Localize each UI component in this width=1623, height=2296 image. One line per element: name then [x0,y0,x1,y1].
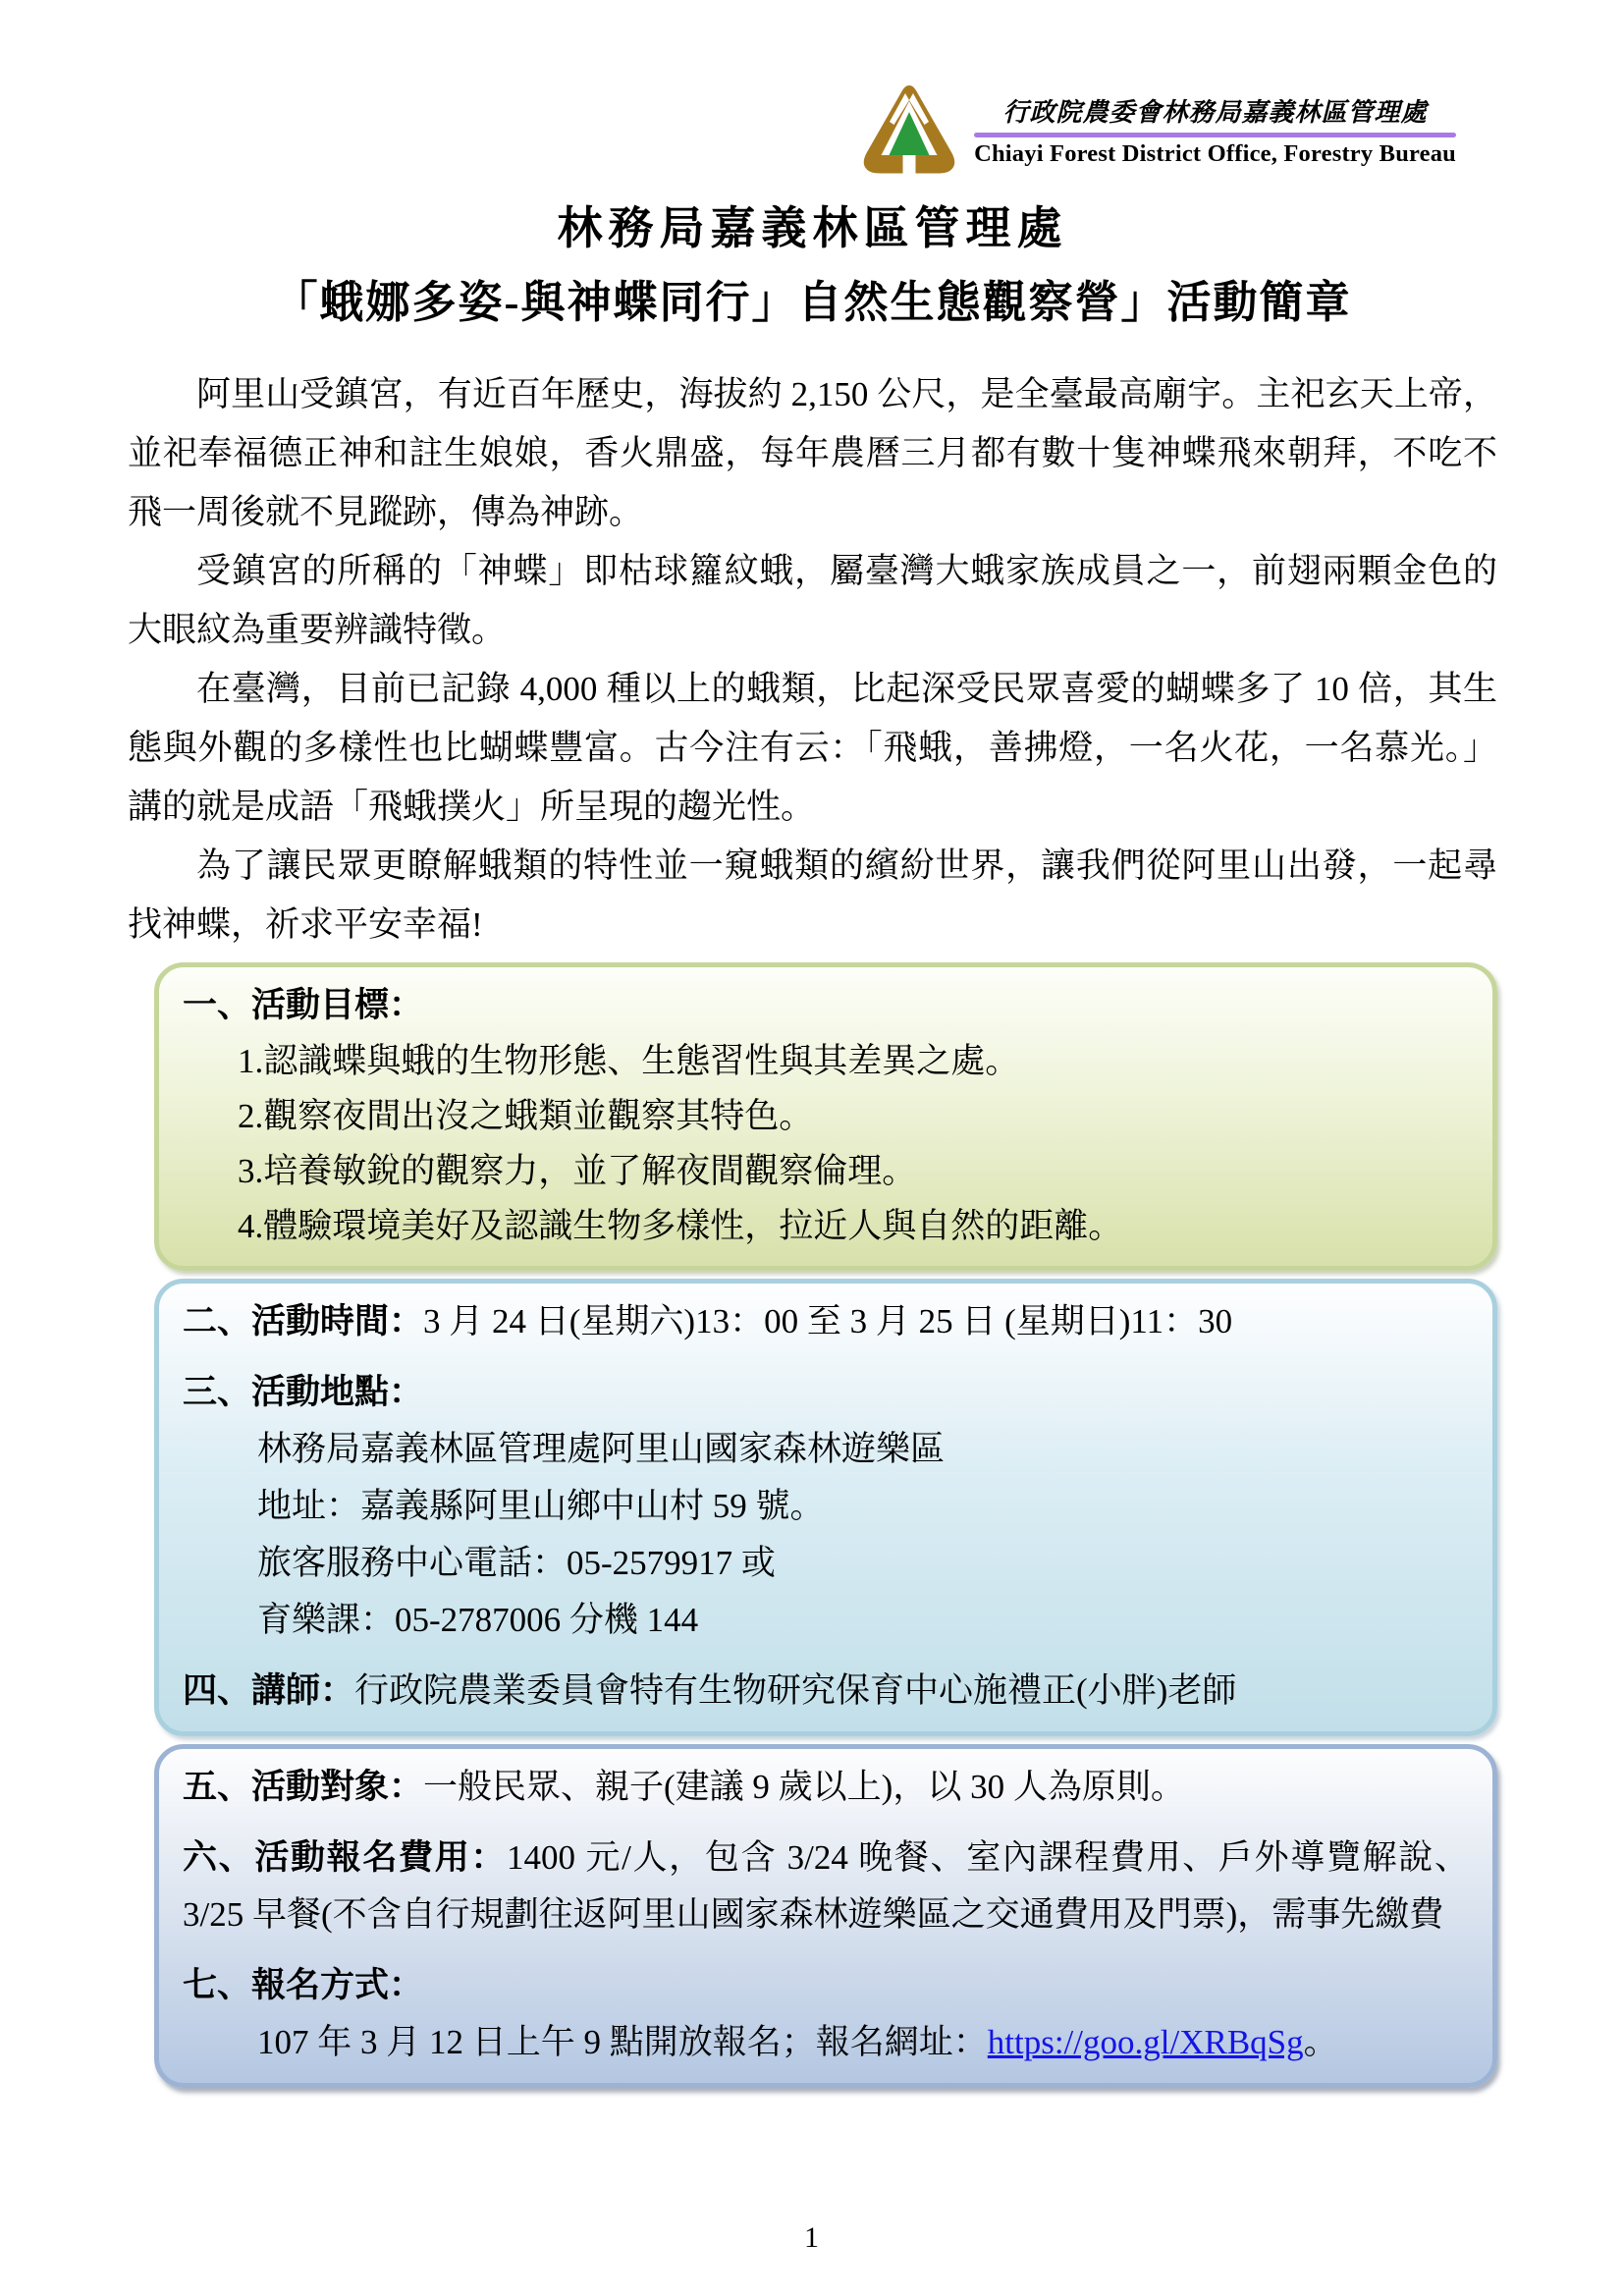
event-fee-label: 六、活動報名費用： [183,1838,507,1877]
event-place-heading: 三、活動地點： [183,1364,1469,1421]
intro-paragraph: 阿里山受鎮宮，有近百年歷史，海拔約 2,150 公尺，是全臺最高廟宇。主祀玄天上… [128,365,1497,542]
signup-prefix: 107 年 3 月 12 日上午 9 點開放報名；報名網址： [257,2023,988,2061]
goal-item: 3.培養敏銳的觀察力，並了解夜間觀察倫理。 [183,1144,1469,1199]
event-place-line: 旅客服務中心電話：05-2579917 或 [183,1535,1469,1592]
signup-line: 107 年 3 月 12 日上午 9 點開放報名；報名網址：https://go… [183,2014,1469,2071]
main-content: 林務局嘉義林區管理處 「蛾娜多姿-與神蝶同行」自然生態觀察營」活動簡章 阿里山受… [128,201,1497,2096]
header-divider [974,133,1456,137]
event-audience-line: 五、活動對象：一般民眾、親子(建議 9 歲以上)，以 30 人為原則。 [183,1759,1469,1816]
goals-heading: 一、活動目標： [183,977,1469,1034]
goal-item: 1.認識蝶與蛾的生物形態、生態習性與其差異之處。 [183,1034,1469,1089]
page-subtitle: 「蛾娜多姿-與神蝶同行」自然生態觀察營」活動簡章 [128,275,1497,330]
intro-paragraph: 受鎮宮的所稱的「神蝶」即枯球籮紋蛾，屬臺灣大蛾家族成員之一，前翅兩顆金色的大眼紋… [128,542,1497,660]
event-lecturer-value: 行政院農業委員會特有生物研究保育中心施禮正(小胖)老師 [354,1671,1236,1710]
goal-item: 4.體驗環境美好及認識生物多樣性，拉近人與自然的距離。 [183,1199,1469,1254]
intro-paragraph: 為了讓民眾更瞭解蛾類的特性並一窺蛾類的繽紛世界，讓我們從阿里山出發，一起尋找神蝶… [128,837,1497,955]
header-org-en: Chiayi Forest District Office, Forestry … [974,140,1456,168]
event-time-line: 二、活動時間：3 月 24 日(星期六)13：00 至 3 月 25 日 (星期… [183,1293,1469,1350]
section-goals-box: 一、活動目標： 1.認識蝶與蛾的生物形態、生態習性與其差異之處。 2.觀察夜間出… [154,962,1497,1271]
section-schedule-box: 二、活動時間：3 月 24 日(星期六)13：00 至 3 月 25 日 (星期… [154,1279,1497,1736]
header-org-zh: 行政院農委會林務局嘉義林區管理處 [974,92,1456,129]
event-lecturer-line: 四、講師：行政院農業委員會特有生物研究保育中心施禮正(小胖)老師 [183,1663,1469,1720]
event-audience-value: 一般民眾、親子(建議 9 歲以上)，以 30 人為原則。 [423,1768,1185,1806]
event-time-label: 二、活動時間： [183,1302,423,1340]
header: 行政院農委會林務局嘉義林區管理處 Chiayi Forest District … [860,84,1456,175]
event-fee-line: 六、活動報名費用：1400 元/人，包含 3/24 晚餐、室內課程費用、戶外導覽… [183,1830,1469,1943]
document-page: 行政院農委會林務局嘉義林區管理處 Chiayi Forest District … [0,0,1623,2296]
event-audience-label: 五、活動對象： [183,1768,423,1806]
event-place-line: 育樂課：05-2787006 分機 144 [183,1592,1469,1649]
signup-heading: 七、報名方式： [183,1957,1469,2014]
page-title: 林務局嘉義林區管理處 [128,201,1497,255]
event-place-line: 地址：嘉義縣阿里山鄉中山村 59 號。 [183,1478,1469,1535]
event-time-value: 3 月 24 日(星期六)13：00 至 3 月 25 日 (星期日)11：30 [423,1302,1232,1340]
section-registration-box: 五、活動對象：一般民眾、親子(建議 9 歲以上)，以 30 人為原則。 六、活動… [154,1744,1497,2088]
goal-item: 2.觀察夜間出沒之蛾類並觀察其特色。 [183,1089,1469,1144]
signup-suffix: 。 [1304,2023,1338,2061]
signup-link[interactable]: https://goo.gl/XRBqSg [988,2023,1304,2061]
page-number: 1 [0,2221,1623,2255]
header-org-block: 行政院農委會林務局嘉義林區管理處 Chiayi Forest District … [974,92,1456,168]
intro-paragraph: 在臺灣，目前已記錄 4,000 種以上的蛾類，比起深受民眾喜愛的蝴蝶多了 10 … [128,660,1497,837]
forestry-bureau-logo [860,84,958,175]
intro-paragraphs: 阿里山受鎮宮，有近百年歷史，海拔約 2,150 公尺，是全臺最高廟宇。主祀玄天上… [128,365,1497,955]
event-lecturer-label: 四、講師： [183,1671,354,1710]
event-place-line: 林務局嘉義林區管理處阿里山國家森林遊樂區 [183,1421,1469,1478]
